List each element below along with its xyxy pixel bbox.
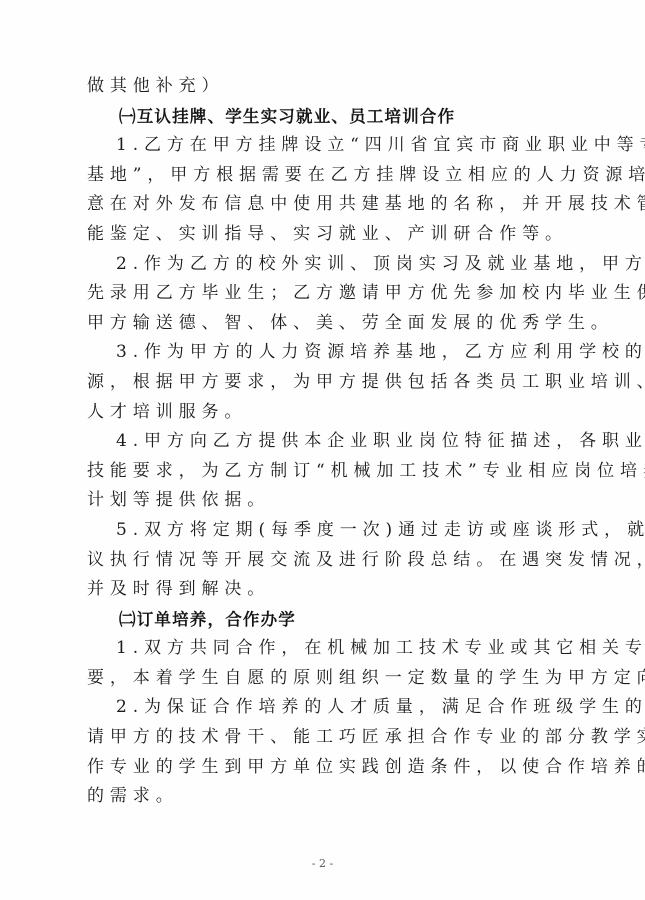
paragraph-7-line: 请甲方的技术骨干、能工巧匠承担合作专业的部分教学实训任务，积极为合 — [87, 723, 577, 753]
paragraph-7-line: 作专业的学生到甲方单位实践创造条件，以使合作培养的学生尽快适应乙方 — [87, 753, 577, 783]
paragraph-3-line: 源，根据甲方要求，为甲方提供包括各类员工职业培训、技能考证等在内的 — [87, 368, 577, 398]
section-heading-2: ㈡订单培养，合作办学 — [87, 605, 577, 635]
paragraph-5-line: 并及时得到解决。 — [87, 575, 577, 605]
paragraph-2-line: 先录用乙方毕业生；乙方邀请甲方优先参加校内毕业生供需洽谈会，优先为 — [87, 279, 577, 309]
paragraph-4-line: 技能要求，为乙方制订“机械加工技术”专业相应岗位培养目标、专业培训 — [87, 457, 577, 487]
paragraph-1-line: 意在对外发布信息中使用共建基地的名称，并开展技术管理、职业培训、技 — [87, 190, 577, 220]
text-line: 做其他补充） — [87, 72, 577, 102]
paragraph-7-line: 2.为保证合作培养的人才质量，满足合作班级学生的实训需要，乙方聘 — [87, 693, 577, 723]
document-page: 做其他补充） ㈠互认挂牌、学生实习就业、员工培训合作 1.乙方在甲方挂牌设立“四… — [87, 72, 577, 812]
paragraph-6-line: 要，本着学生自愿的原则组织一定数量的学生为甲方定向培养，输送人才。 — [87, 664, 577, 694]
section-heading-1: ㈠互认挂牌、学生实习就业、员工培训合作 — [87, 102, 577, 132]
paragraph-1-line: 基地”，甲方根据需要在乙方挂牌设立相应的人力资源培训基地。双方均同 — [87, 161, 577, 191]
paragraph-3-line: 人才培训服务。 — [87, 398, 577, 428]
paragraph-3-line: 3.作为甲方的人力资源培养基地，乙方应利用学校的软、硬件教学资 — [87, 338, 577, 368]
paragraph-6-line: 1.双方共同合作，在机械加工技术专业或其它相关专业中，根据甲方需 — [87, 634, 577, 664]
paragraph-1-line: 1.乙方在甲方挂牌设立“四川省宜宾市商业职业中等专业学校校外实训 — [87, 131, 577, 161]
paragraph-2-line: 甲方输送德、智、体、美、劳全面发展的优秀学生。 — [87, 309, 577, 339]
paragraph-7-line: 的需求。 — [87, 782, 577, 812]
paragraph-4-line: 计划等提供依据。 — [87, 486, 577, 516]
paragraph-5-line: 议执行情况等开展交流及进行阶段总结。在遇突发情况，双方将加强联系， — [87, 546, 577, 576]
paragraph-4-line: 4.甲方向乙方提供本企业职业岗位特征描述，各职业岗位要求的知识和 — [87, 427, 577, 457]
paragraph-2-line: 2.作为乙方的校外实训、顶岗实习及就业基地，甲方在同等条件下应优 — [87, 250, 577, 280]
page-number: - 2 - — [0, 857, 645, 870]
paragraph-1-line: 能鉴定、实训指导、实习就业、产训研合作等。 — [87, 220, 577, 250]
paragraph-5-line: 5.双方将定期(每季度一次)通过走访或座谈形式，就双方合作情况、协 — [87, 516, 577, 546]
